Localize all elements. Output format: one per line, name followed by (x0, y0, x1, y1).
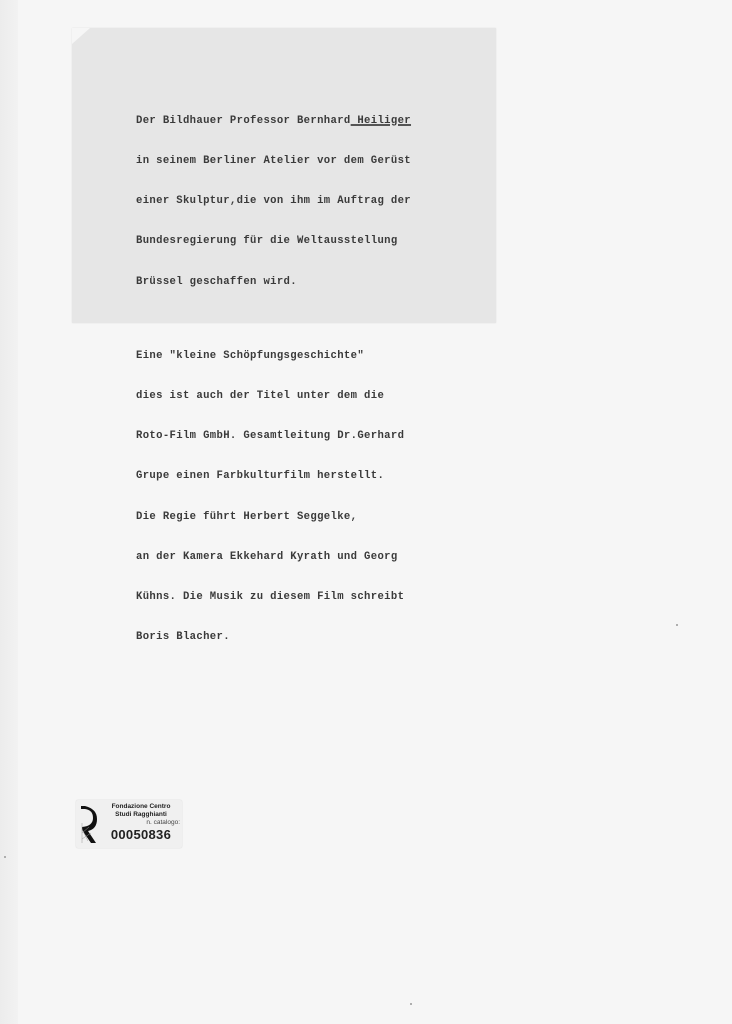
underlined-name: Heiliger (351, 115, 411, 127)
catalog-number: 00050836 (102, 827, 180, 843)
typed-caption-text: Der Bildhauer Professor Bernhard Heilige… (136, 88, 466, 678)
caption-line: Die Regie führt Herbert Seggelke, (136, 511, 466, 524)
caption-line: dies ist auch der Titel unter dem die (136, 390, 466, 403)
caption-paragraph-1: Der Bildhauer Professor Bernhard Heilige… (136, 88, 466, 316)
caption-line: einer Skulptur,die von ihm im Auftrag de… (136, 195, 466, 208)
caption-line: Eine "kleine Schöpfungsgeschichte" (136, 350, 466, 363)
caption-line: Der Bildhauer Professor Bernhard Heilige… (136, 115, 466, 128)
catalog-label-text: Fondazione Centro Studi Ragghianti n. ca… (102, 803, 180, 843)
caption-line: Grupe einen Farbkulturfilm herstellt. (136, 470, 466, 483)
scan-left-edge (0, 0, 18, 1024)
institution-name-line1: Fondazione Centro (102, 803, 180, 811)
scan-speck (410, 1003, 412, 1005)
caption-line: Kühns. Die Musik zu diesem Film schreibt (136, 591, 466, 604)
ragghianti-r-logo-icon (79, 803, 99, 845)
caption-line-text: Der Bildhauer Professor Bernhard (136, 115, 351, 127)
scan-speck (4, 856, 6, 858)
caption-line: Brüssel geschaffen wird. (136, 276, 466, 289)
catalog-label: Fondazione Centro Studi Ragghianti n. ca… (76, 800, 182, 848)
caption-line: Boris Blacher. (136, 631, 466, 644)
caption-line: in seinem Berliner Atelier vor dem Gerüs… (136, 155, 466, 168)
scan-speck (676, 624, 678, 626)
caption-line: Roto-Film GmbH. Gesamtleitung Dr.Gerhard (136, 430, 466, 443)
caption-line: an der Kamera Ekkehard Kyrath und Georg (136, 551, 466, 564)
catalog-caption: n. catalogo: (102, 819, 180, 827)
caption-paragraph-2: Eine "kleine Schöpfungsgeschichte" dies … (136, 323, 466, 672)
caption-line: Bundesregierung für die Weltausstellung (136, 235, 466, 248)
institution-name-line2: Studi Ragghianti (102, 811, 180, 819)
